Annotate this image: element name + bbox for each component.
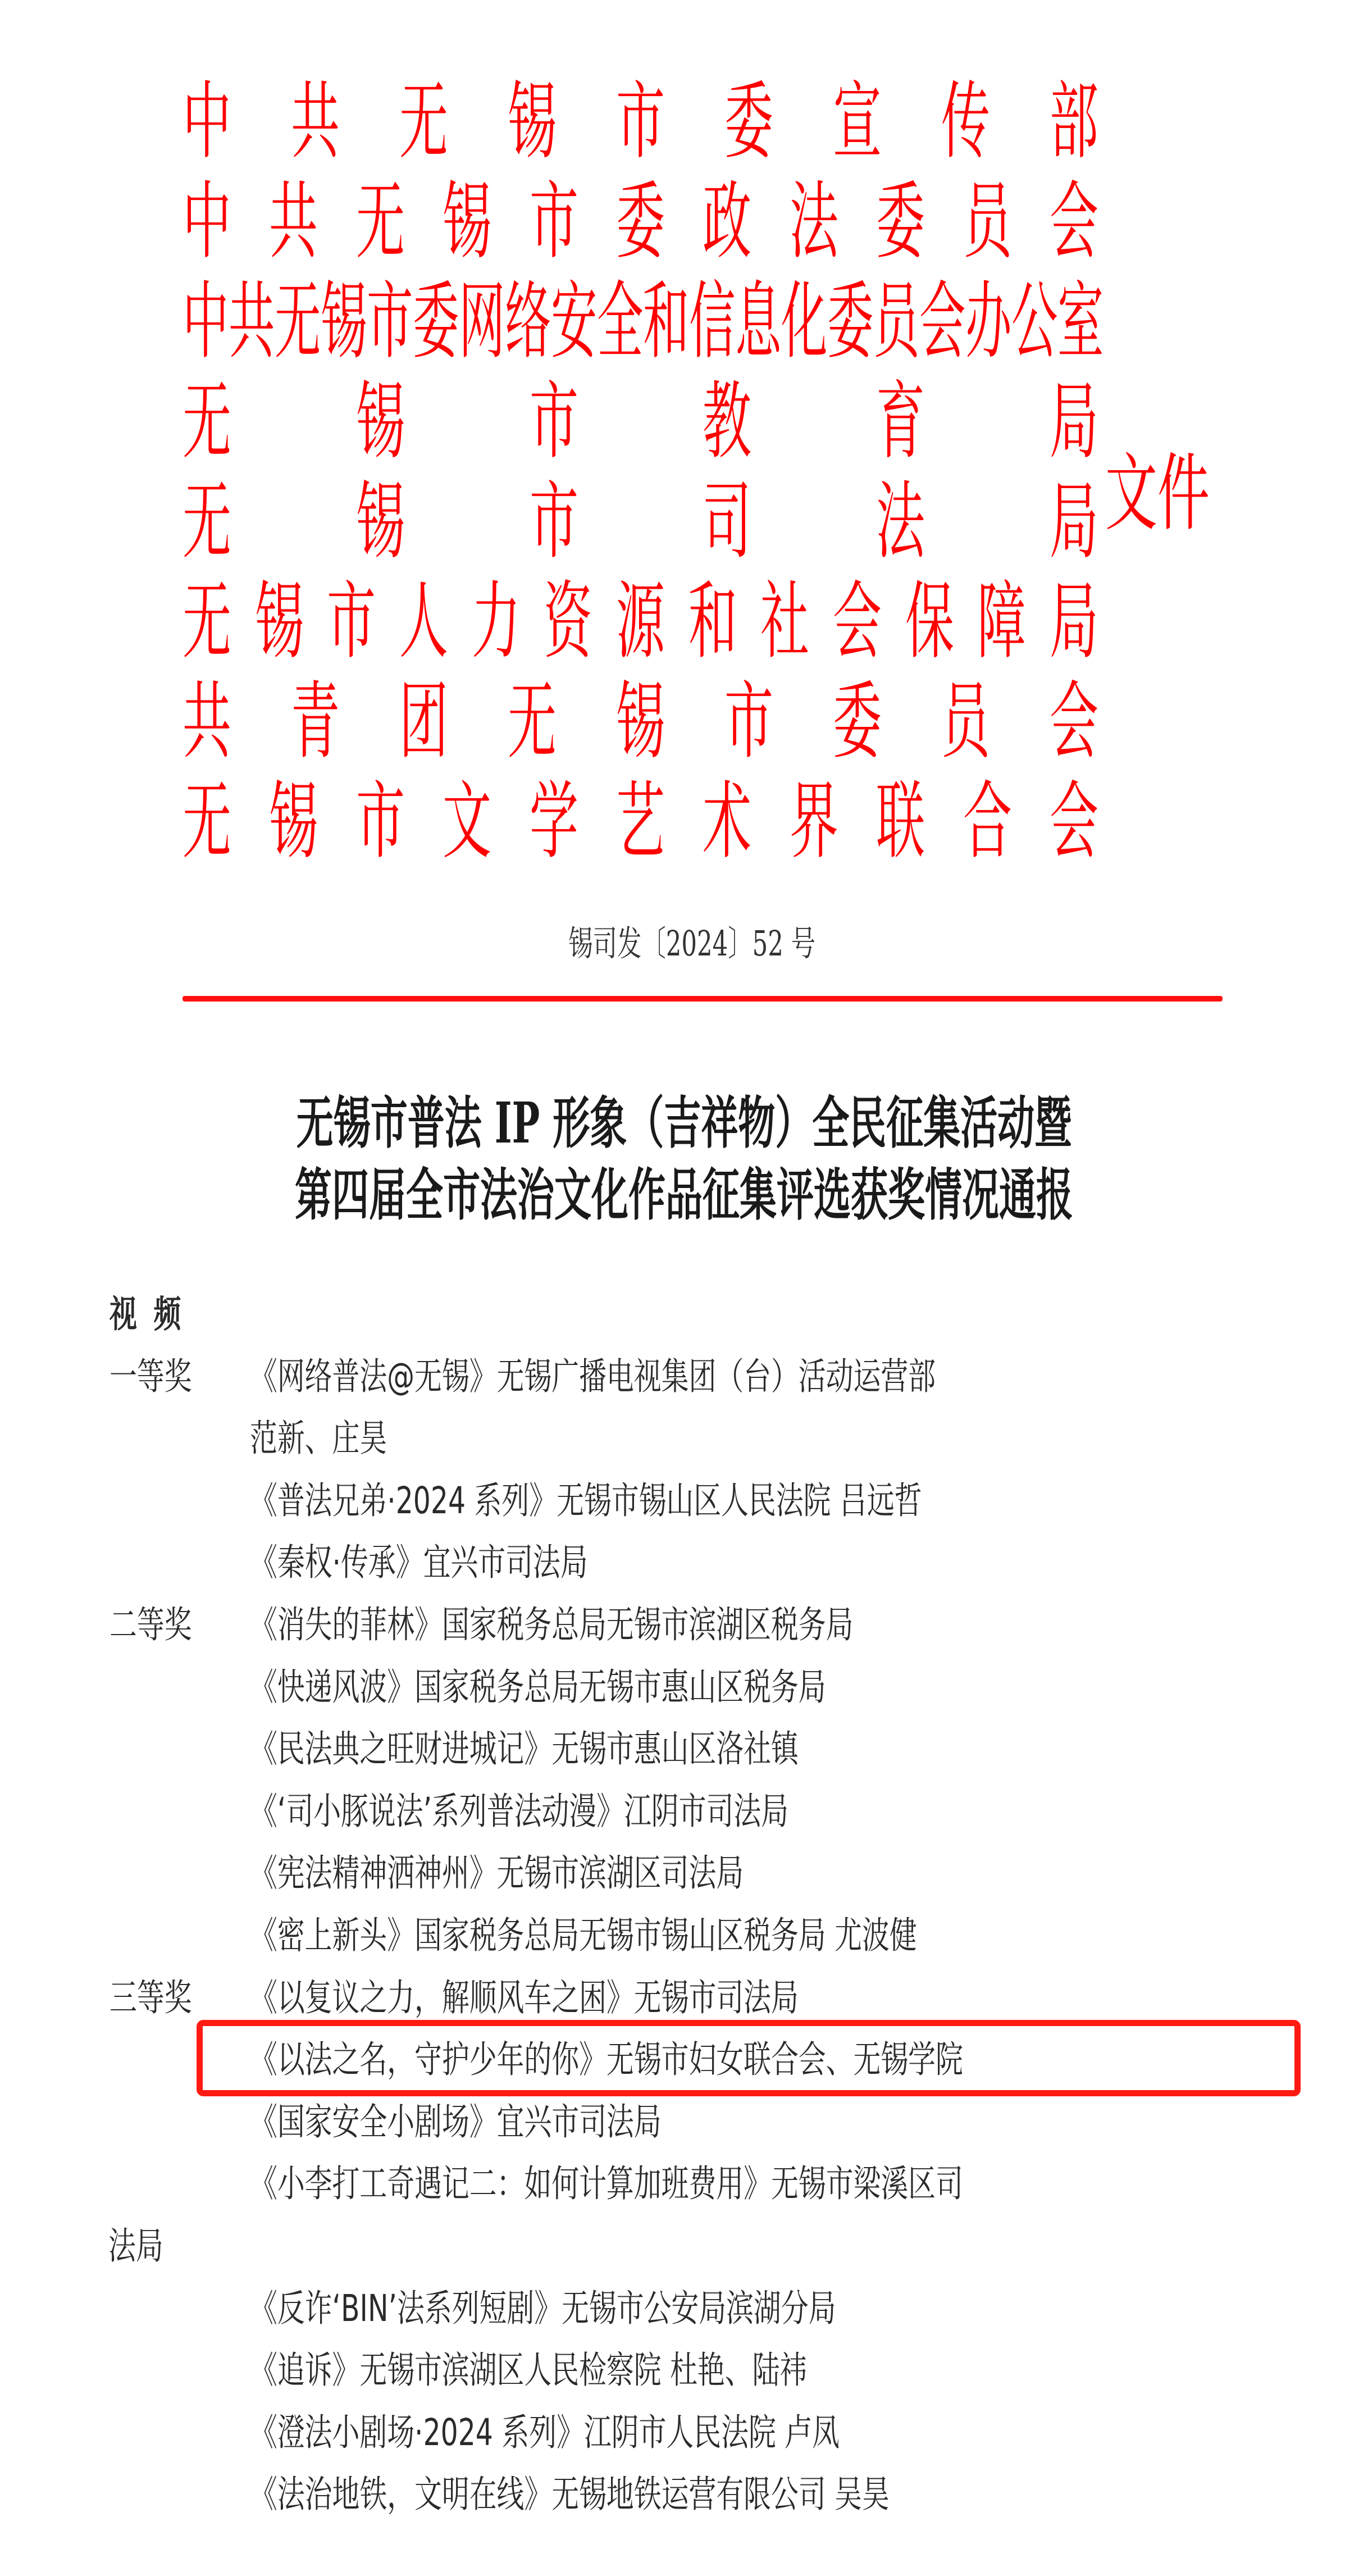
award-row: 《澄法小剧场·2024 系列》江阴市人民法院 卢凤: [110, 2402, 1300, 2464]
issuer-char-glyph: 会: [833, 572, 882, 672]
issuer-char: 锡: [255, 572, 309, 672]
issuer-char-glyph: 无: [183, 772, 231, 872]
issuer-char-glyph: 会: [1050, 772, 1098, 872]
award-entry-text: 《秦权·传承》宜兴市司法局: [250, 1532, 588, 1594]
issuer-char: 无: [183, 372, 236, 472]
issuer-char: 员: [873, 272, 919, 372]
issuer-char-glyph: 络: [505, 272, 551, 372]
award-entry-text: 《小李打工奇遇记二：如何计算加班费用》无锡市梁溪区司: [250, 2153, 963, 2215]
issuer-char-glyph: 锡: [356, 472, 405, 572]
award-row: 《普法兄弟·2024 系列》无锡市锡山区人民法院 吕远哲: [110, 1470, 1300, 1532]
issuer-char-glyph: 障: [977, 572, 1026, 672]
issuer-char: 资: [544, 572, 598, 672]
issuer-char-glyph: 网: [459, 272, 505, 372]
issuer-char-glyph: 资: [544, 572, 592, 672]
award-entry-text: 范新、庄昊: [250, 1408, 387, 1470]
issuer-char: 艺: [616, 772, 670, 872]
issuer-char: 市: [530, 172, 583, 272]
award-row: 《‘司小豚说法’系列普法动漫》江阴市司法局: [110, 1781, 1300, 1843]
issuer-char-glyph: 社: [760, 572, 809, 672]
issuer-char: 锡: [356, 372, 410, 472]
issuer-char: 市: [724, 672, 778, 772]
issuer-char: 社: [760, 572, 814, 672]
issuer-char: 中: [183, 272, 229, 372]
issuer-line: 中共无锡市委政法委员会: [183, 172, 1103, 272]
issuer-char: 锡: [443, 172, 496, 272]
award-entry-text: 《密上新头》国家税务总局无锡市锡山区税务局 尤波健: [250, 1905, 917, 1967]
issuer-line: 无锡市教育局: [183, 372, 1103, 472]
issuer-char-glyph: 市: [724, 672, 773, 772]
issuer-char-glyph: 会: [919, 272, 966, 372]
issuer-char: 部: [1050, 72, 1103, 172]
issuer-char-glyph: 法: [876, 472, 925, 572]
issuer-char-glyph: 锡: [255, 572, 304, 672]
issuer-char-glyph: 息: [735, 272, 782, 372]
award-entry-text: 《宪法精神洒神州》无锡市滨湖区司法局: [250, 1842, 744, 1905]
issuer-char: 会: [1050, 772, 1103, 872]
issuer-char-glyph: 锡: [321, 272, 367, 372]
issuer-char-glyph: 市: [327, 572, 376, 672]
issuer-char-glyph: 市: [530, 472, 578, 572]
issuer-char-glyph: 委: [833, 672, 882, 772]
issuer-char: 员: [963, 172, 1017, 272]
issuer-char-glyph: 市: [356, 772, 405, 872]
issuer-char: 共: [269, 172, 323, 272]
issuer-char-glyph: 和: [643, 272, 690, 372]
issuer-char-glyph: 锡: [616, 672, 665, 772]
issuer-line: 无锡市司法局: [183, 472, 1103, 572]
issuer-char: 锡: [508, 72, 562, 172]
issuer-char-glyph: 宣: [833, 72, 882, 172]
issuer-char: 市: [367, 272, 413, 372]
issuer-char-glyph: 委: [616, 172, 665, 272]
issuer-char: 安: [551, 272, 597, 372]
issuer-char: 联: [876, 772, 930, 872]
issuer-char-glyph: 中: [183, 272, 229, 372]
issuer-char-glyph: 司: [703, 472, 751, 572]
issuer-line: 无锡市文学艺术界联合会: [183, 772, 1103, 872]
issuer-char-glyph: 政: [703, 172, 751, 272]
award-row: 《小李打工奇遇记二：如何计算加班费用》无锡市梁溪区司: [110, 2153, 1300, 2215]
issuer-char: 和: [643, 272, 689, 372]
issuer-char: 界: [790, 772, 843, 872]
issuer-char-glyph: 市: [530, 172, 578, 272]
award-entry-text: 《澄法小剧场·2024 系列》江阴市人民法院 卢凤: [250, 2402, 840, 2464]
issuer-line: 无锡市人力资源和社会保障局: [183, 572, 1103, 672]
title-line-1: 无锡市普法 IP 形象（吉祥物）全民征集活动暨: [232, 1087, 1136, 1159]
issuer-char: 传: [941, 72, 995, 172]
issuer-char-glyph: 全: [597, 272, 644, 372]
issuer-char-glyph: 保: [905, 572, 954, 672]
issuer-char: 无: [183, 472, 236, 572]
issuer-char-glyph: 文: [443, 772, 491, 872]
issuer-char: 无: [183, 772, 236, 872]
issuer-char: 无: [356, 172, 410, 272]
issuer-char-glyph: 无: [275, 272, 321, 372]
issuer-char-glyph: 办: [965, 272, 1012, 372]
issuer-line: 中共无锡市委网络安全和信息化委员会办公室: [183, 272, 1103, 372]
award-row: 一等奖《网络普法@无锡》无锡广播电视集团（台）活动运营部: [110, 1346, 1300, 1408]
issuer-char-glyph: 无: [183, 472, 231, 572]
award-row: 《宪法精神洒神州》无锡市滨湖区司法局: [110, 1842, 1300, 1905]
issuer-char: 文: [443, 772, 496, 872]
issuer-char-glyph: 员: [941, 672, 990, 772]
issuer-char: 局: [1050, 372, 1103, 472]
issuer-char: 委: [833, 672, 887, 772]
award-entry-text: 《反诈‘BIN’法系列短剧》无锡市公安局滨湖分局: [250, 2278, 836, 2340]
award-entry-text: 《民法典之旺财进城记》无锡市惠山区洛社镇: [250, 1718, 799, 1781]
issuer-char: 和: [688, 572, 742, 672]
document-number: 锡司发〔2024〕52 号: [213, 921, 1171, 966]
issuer-char-glyph: 委: [827, 272, 874, 372]
issuer-char-glyph: 锡: [269, 772, 318, 872]
issuer-char: 术: [703, 772, 756, 872]
issuer-char: 员: [941, 672, 995, 772]
issuer-char-glyph: 锡: [443, 172, 491, 272]
issuer-char: 委: [827, 272, 873, 372]
issuer-char: 无: [399, 72, 453, 172]
red-divider: [183, 996, 1223, 1002]
award-entry-text: 《追诉》无锡市滨湖区人民检察院 杜艳、陆祎: [250, 2340, 807, 2402]
issuer-char-glyph: 共: [229, 272, 275, 372]
issuer-char: 委: [616, 172, 670, 272]
award-level-label: 一等奖: [110, 1346, 192, 1408]
issuer-char-glyph: 市: [616, 72, 665, 172]
issuer-char-glyph: 无: [183, 572, 231, 672]
issuer-char: 力: [472, 572, 526, 672]
award-row: 《法治地铁，文明在线》无锡地铁运营有限公司 吴昊: [110, 2464, 1300, 2526]
issuer-char-glyph: 无: [508, 672, 557, 772]
issuer-char: 学: [530, 772, 583, 872]
award-row: 《追诉》无锡市滨湖区人民检察院 杜艳、陆祎: [110, 2340, 1300, 2402]
issuer-char: 源: [616, 572, 670, 672]
issuer-char-glyph: 共: [183, 672, 231, 772]
issuer-char-glyph: 艺: [616, 772, 665, 872]
issuer-char: 共: [291, 72, 345, 172]
issuer-char-glyph: 委: [724, 72, 773, 172]
issuer-char-glyph: 化: [781, 272, 828, 372]
award-entry-text: 《消失的菲林》国家税务总局无锡市滨湖区税务局: [250, 1594, 853, 1656]
award-row: 范新、庄昊: [110, 1408, 1300, 1470]
issuer-char-glyph: 室: [1057, 272, 1104, 372]
issuer-char-glyph: 员: [873, 272, 920, 372]
issuer-char-glyph: 会: [1050, 172, 1098, 272]
issuer-char: 室: [1057, 272, 1103, 372]
issuer-char-glyph: 联: [876, 772, 925, 872]
issuer-char: 局: [1050, 472, 1103, 572]
issuer-char: 中: [183, 72, 236, 172]
award-list: 视频 一等奖《网络普法@无锡》无锡广播电视集团（台）活动运营部范新、庄昊《普法兄…: [110, 1284, 1300, 2526]
issuer-char-glyph: 界: [790, 772, 838, 872]
issuer-char: 无: [508, 672, 562, 772]
issuer-char: 办: [965, 272, 1011, 372]
document-suffix: 文件: [1105, 444, 1210, 544]
issuer-char: 宣: [833, 72, 887, 172]
award-row: 《民法典之旺财进城记》无锡市惠山区洛社镇: [110, 1718, 1300, 1781]
issuer-char: 法: [790, 172, 843, 272]
issuer-char: 市: [530, 472, 583, 572]
issuer-char: 委: [724, 72, 778, 172]
issuer-char: 锡: [356, 472, 410, 572]
issuer-char-glyph: 源: [616, 572, 665, 672]
issuer-char-glyph: 力: [472, 572, 521, 672]
issuer-char-glyph: 委: [876, 172, 925, 272]
issuer-char: 教: [703, 372, 756, 472]
award-entry-text: 《网络普法@无锡》无锡广播电视集团（台）活动运营部: [250, 1346, 936, 1408]
document-title: 无锡市普法 IP 形象（吉祥物）全民征集活动暨 第四届全市法治文化作品征集评选获…: [0, 1087, 1368, 1231]
issuer-char: 无: [183, 572, 236, 672]
issuer-char: 锡: [616, 672, 670, 772]
award-rows: 一等奖《网络普法@无锡》无锡广播电视集团（台）活动运营部范新、庄昊《普法兄弟·2…: [110, 1346, 1300, 2526]
issuer-char: 人: [399, 572, 453, 672]
highlight-annotation-box: [197, 2020, 1301, 2096]
issuer-header: 中共无锡市委宣传部 中共无锡市委政法委员会 中共无锡市委网络安全和信息化委员会办…: [183, 72, 1103, 872]
issuer-char-glyph: 市: [367, 272, 413, 372]
issuer-char-glyph: 会: [1050, 672, 1098, 772]
issuer-char-glyph: 人: [399, 572, 448, 672]
issuer-char: 委: [413, 272, 459, 372]
award-row: 《国家安全小剧场》宜兴市司法局: [110, 2091, 1300, 2154]
issuer-char: 锡: [321, 272, 367, 372]
issuer-char: 市: [356, 772, 410, 872]
issuer-char-glyph: 无: [399, 72, 448, 172]
issuer-char-glyph: 术: [703, 772, 751, 872]
issuer-char-glyph: 锡: [356, 372, 405, 472]
issuer-char: 委: [876, 172, 930, 272]
section-heading: 视频: [110, 1284, 198, 1346]
issuer-char: 化: [781, 272, 827, 372]
issuer-char-glyph: 合: [963, 772, 1012, 872]
issuer-char: 合: [963, 772, 1017, 872]
award-entry-text: 法局: [108, 2215, 163, 2278]
issuer-char: 锡: [269, 772, 323, 872]
issuer-char-glyph: 市: [530, 372, 578, 472]
issuer-char: 司: [703, 472, 756, 572]
issuer-line: 共青团无锡市委员会: [183, 672, 1103, 772]
award-entry-text: 《法治地铁，文明在线》无锡地铁运营有限公司 吴昊: [250, 2464, 890, 2526]
issuer-char-glyph: 共: [291, 72, 340, 172]
issuer-char: 会: [1050, 672, 1103, 772]
section-heading-row: 视频: [110, 1284, 1300, 1346]
issuer-char-glyph: 员: [963, 172, 1012, 272]
award-level-label: 二等奖: [110, 1594, 192, 1656]
issuer-char-glyph: 锡: [508, 72, 557, 172]
issuer-char: 全: [597, 272, 643, 372]
issuer-char-glyph: 信: [689, 272, 736, 372]
issuer-char-glyph: 局: [1050, 572, 1098, 672]
award-entry-text: 《‘司小豚说法’系列普法动漫》江阴市司法局: [250, 1781, 788, 1843]
issuer-char: 共: [229, 272, 275, 372]
issuer-char: 市: [616, 72, 670, 172]
award-row: 《秦权·传承》宜兴市司法局: [110, 1532, 1300, 1594]
issuer-char: 会: [1050, 172, 1103, 272]
issuer-char-glyph: 团: [399, 672, 448, 772]
issuer-char-glyph: 法: [790, 172, 838, 272]
issuer-char: 育: [876, 372, 930, 472]
issuer-char: 市: [327, 572, 381, 672]
issuer-char: 网: [459, 272, 505, 372]
award-row: 《反诈‘BIN’法系列短剧》无锡市公安局滨湖分局: [110, 2278, 1300, 2340]
issuer-char: 络: [505, 272, 551, 372]
issuer-char-glyph: 和: [688, 572, 737, 672]
issuer-char-glyph: 无: [183, 372, 231, 472]
issuer-char: 青: [291, 672, 345, 772]
issuer-char: 共: [183, 672, 236, 772]
issuer-char: 局: [1050, 572, 1103, 672]
issuer-line: 中共无锡市委宣传部: [183, 72, 1103, 172]
issuer-char: 公: [1011, 272, 1057, 372]
issuer-char: 障: [977, 572, 1031, 672]
issuer-char-glyph: 局: [1050, 372, 1098, 472]
issuer-char-glyph: 育: [876, 372, 925, 472]
award-row: 二等奖《消失的菲林》国家税务总局无锡市滨湖区税务局: [110, 1594, 1300, 1656]
issuer-char: 会: [919, 272, 965, 372]
issuer-char-glyph: 中: [183, 172, 231, 272]
award-row: 《快递风波》国家税务总局无锡市惠山区税务局: [110, 1656, 1300, 1719]
issuer-char: 信: [689, 272, 735, 372]
issuer-char: 中: [183, 172, 236, 272]
issuer-char-glyph: 共: [269, 172, 318, 272]
issuer-char-glyph: 教: [703, 372, 751, 472]
issuer-char-glyph: 部: [1050, 72, 1098, 172]
issuer-char-glyph: 青: [291, 672, 340, 772]
issuer-char: 法: [876, 472, 930, 572]
issuer-char-glyph: 传: [941, 72, 990, 172]
issuer-char: 息: [735, 272, 781, 372]
issuer-char-glyph: 委: [413, 272, 459, 372]
award-entry-text: 《国家安全小剧场》宜兴市司法局: [250, 2091, 662, 2154]
issuer-char-glyph: 无: [356, 172, 405, 272]
award-entry-text: 《快递风波》国家税务总局无锡市惠山区税务局: [250, 1656, 826, 1719]
issuer-char: 会: [833, 572, 887, 672]
issuer-char-glyph: 安: [551, 272, 598, 372]
issuer-char-glyph: 公: [1011, 272, 1058, 372]
award-row: 法局: [110, 2215, 1300, 2278]
issuer-char: 政: [703, 172, 756, 272]
award-level-label: 三等奖: [110, 1967, 192, 2029]
issuer-char-glyph: 中: [183, 72, 231, 172]
title-line-2: 第四届全市法治文化作品征集评选获奖情况通报: [232, 1159, 1136, 1231]
issuer-char-glyph: 局: [1050, 472, 1098, 572]
issuer-char-glyph: 学: [530, 772, 578, 872]
issuer-char: 团: [399, 672, 453, 772]
issuer-char: 市: [530, 372, 583, 472]
issuer-char: 保: [905, 572, 959, 672]
award-row: 《密上新头》国家税务总局无锡市锡山区税务局 尤波健: [110, 1905, 1300, 1967]
award-entry-text: 《普法兄弟·2024 系列》无锡市锡山区人民法院 吕远哲: [250, 1470, 922, 1532]
issuer-char: 无: [275, 272, 321, 372]
